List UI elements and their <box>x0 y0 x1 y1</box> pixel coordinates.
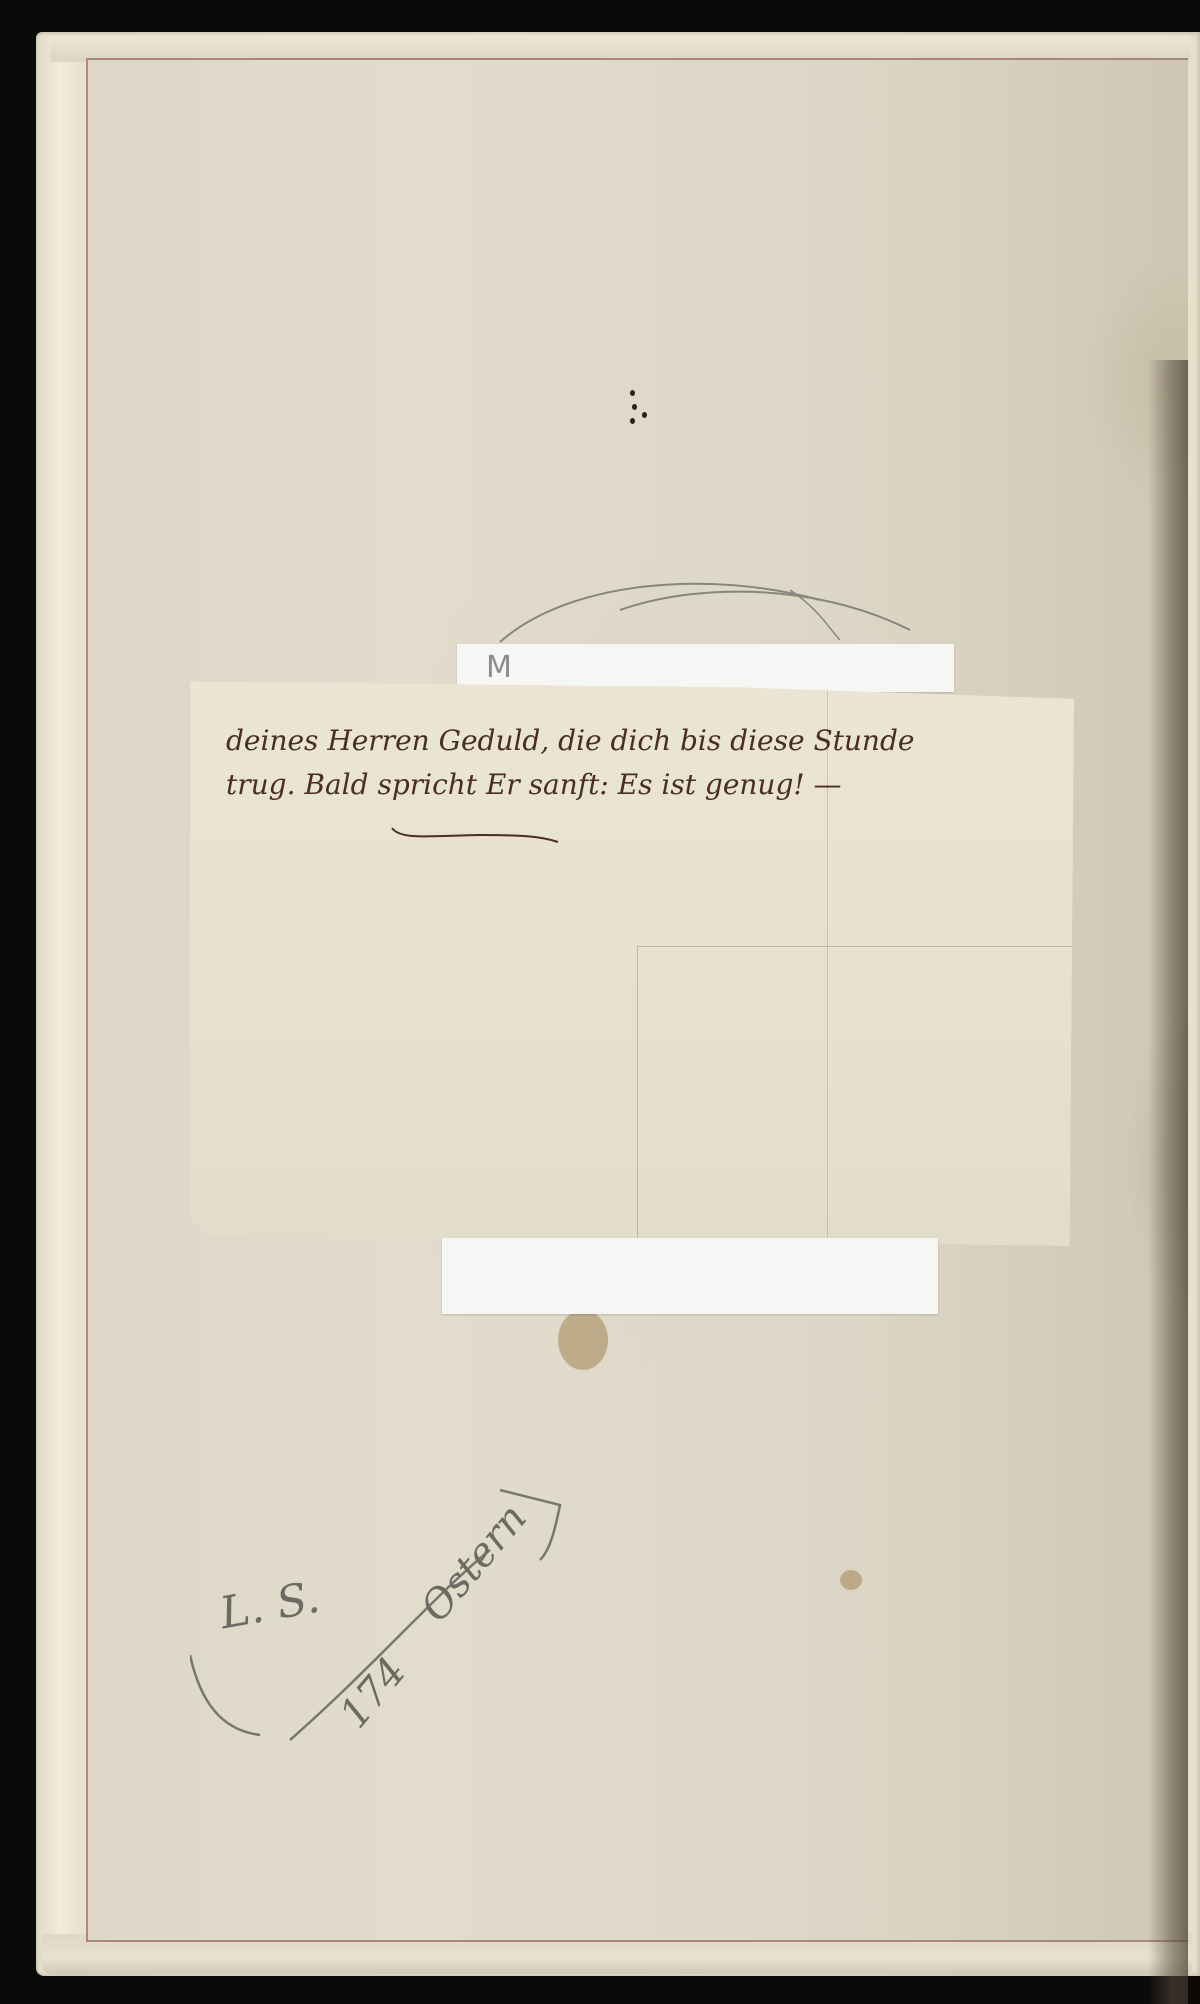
note-line-1: deines Herren Geduld, die dich bis diese… <box>226 719 1046 763</box>
spine-wear-shadow <box>1148 360 1188 2004</box>
archival-strip-top <box>457 644 954 692</box>
note-line-2: trug. Bald spricht Er sanft: Es ist genu… <box>226 763 1046 807</box>
fold-line-horizontal <box>637 946 1074 947</box>
pencil-mark: M <box>486 650 510 685</box>
vellum-turn-in-left <box>38 36 84 1972</box>
pasted-handwritten-note: deines Herren Geduld, die dich bis diese… <box>190 664 1074 1246</box>
fold-line-vertical-lower <box>637 946 638 1246</box>
underline-flourish <box>390 826 560 846</box>
archival-strip-bottom <box>442 1238 938 1314</box>
note-text: deines Herren Geduld, die dich bis diese… <box>226 719 1046 807</box>
pencil-annotation: L. S. 174 Ostern <box>190 1470 590 1770</box>
stain-spot <box>840 1570 862 1590</box>
stain-spot <box>558 1310 608 1370</box>
